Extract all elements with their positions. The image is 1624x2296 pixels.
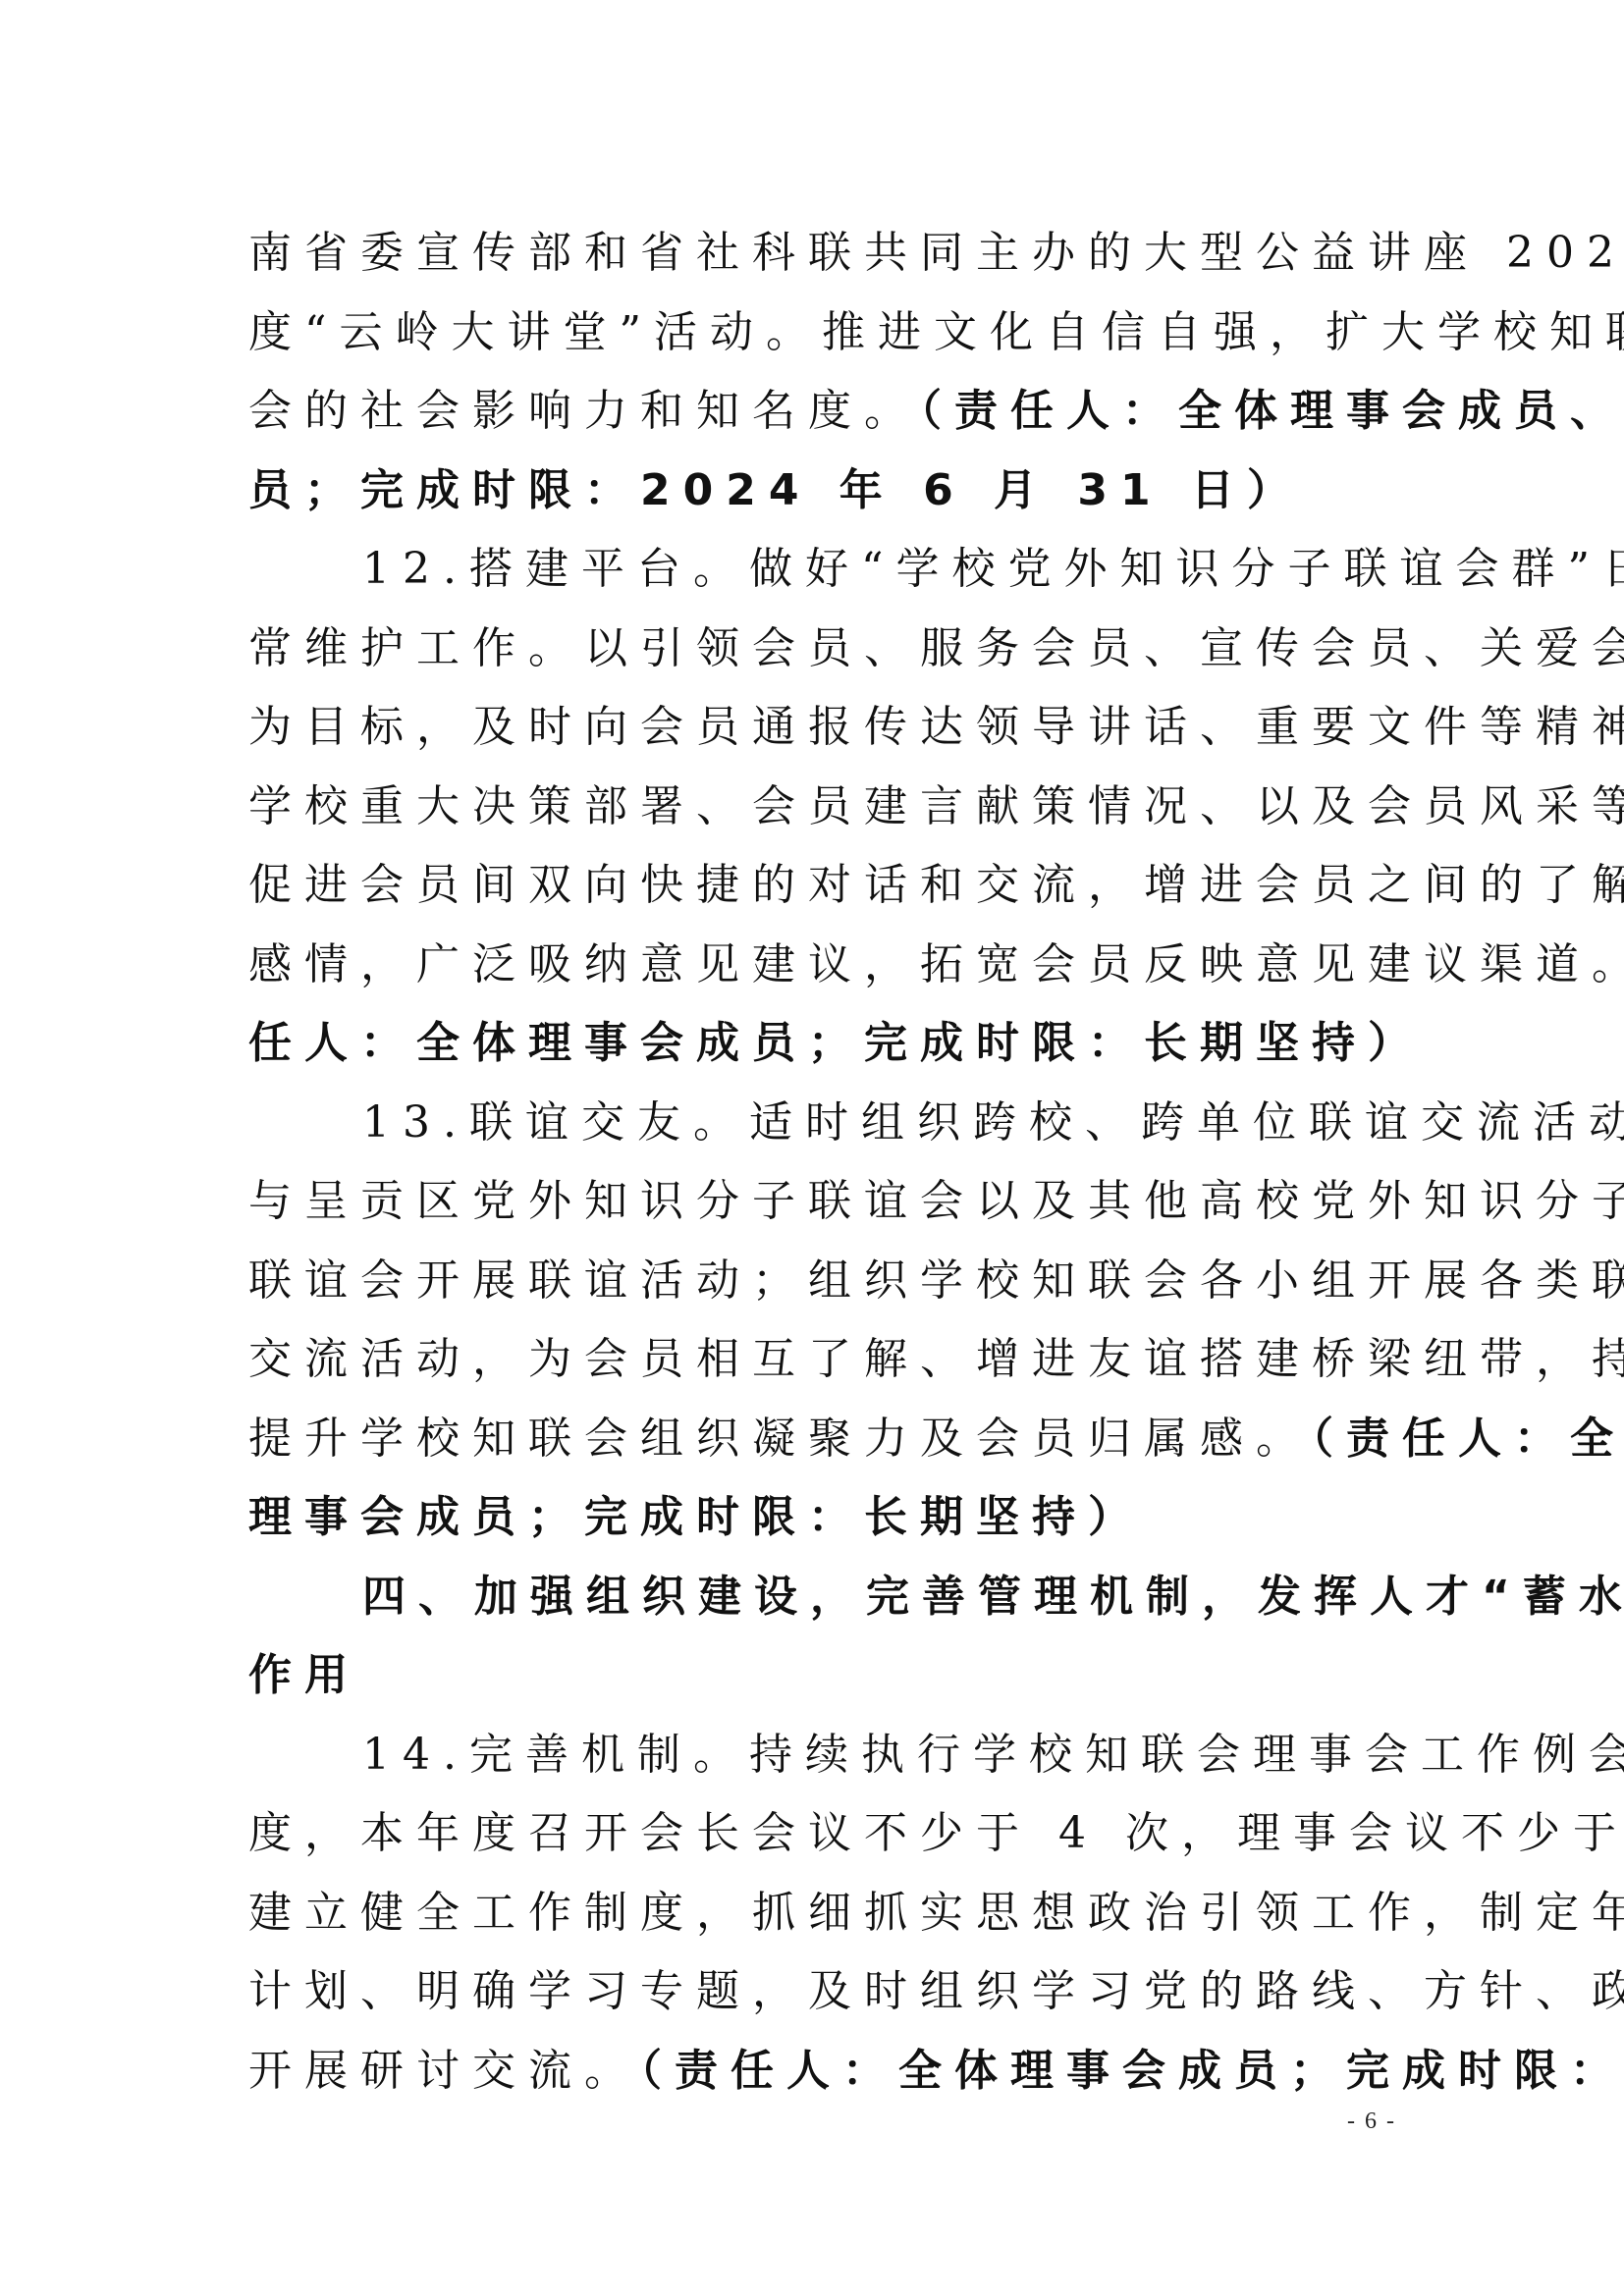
text-line: 促进会员间双向快捷的对话和交流，增进会员之间的了解和 <box>248 846 1387 926</box>
section-heading-line: 作用 <box>248 1636 1387 1716</box>
body-text: 学校重大决策部署、会员建言献策情况、以及会员风采等， <box>248 781 1624 831</box>
responsibility-note: 作用 <box>248 1650 360 1700</box>
body-text: 度，本年度召开会长会议不少于 4 次，理事会议不少于 2 次， <box>248 1808 1624 1858</box>
text-line: 14.完善机制。持续执行学校知联会理事会工作例会制 <box>248 1716 1387 1795</box>
text-line: 常维护工作。以引领会员、服务会员、宣传会员、关爱会员 <box>248 610 1387 689</box>
body-text: 为目标，及时向会员通报传达领导讲话、重要文件等精神、 <box>248 702 1624 752</box>
body-text: 14.完善机制。持续执行学校知联会理事会工作例会制 <box>362 1730 1624 1780</box>
text-line: 提升学校知联会组织凝聚力及会员归属感。（责任人：全体 <box>248 1400 1387 1479</box>
body-text: 联谊会开展联谊活动；组织学校知联会各小组开展各类联谊 <box>248 1255 1624 1306</box>
text-line: 理事会成员；完成时限：长期坚持） <box>248 1478 1387 1558</box>
text-line: 度，本年度召开会长会议不少于 4 次，理事会议不少于 2 次， <box>248 1794 1387 1874</box>
document-body: 南省委宣传部和省社科联共同主办的大型公益讲座 2024 年度“云岭大讲堂”活动。… <box>248 214 1387 2110</box>
text-line: 为目标，及时向会员通报传达领导讲话、重要文件等精神、 <box>248 688 1387 768</box>
body-text: 会的社会影响力和知名度。 <box>248 386 920 436</box>
text-line: 员；完成时限：2024 年 6 月 31 日） <box>248 452 1387 531</box>
body-text: 12.搭建平台。做好“学校党外知识分子联谊会群”日 <box>362 544 1624 594</box>
body-text: 感情，广泛吸纳意见建议，拓宽会员反映意见建议渠道。 <box>248 939 1624 989</box>
responsibility-note: 员；完成时限：2024 年 6 月 31 日） <box>248 465 1303 515</box>
body-text: 与呈贡区党外知识分子联谊会以及其他高校党外知识分子 <box>248 1176 1624 1226</box>
body-text: 交流活动，为会员相互了解、增进友谊搭建桥梁纽带，持续 <box>248 1334 1624 1384</box>
text-line: 南省委宣传部和省社科联共同主办的大型公益讲座 2024 年 <box>248 214 1387 294</box>
text-line: 建立健全工作制度，抓细抓实思想政治引领工作，制定年度 <box>248 1874 1387 1953</box>
text-line: 12.搭建平台。做好“学校党外知识分子联谊会群”日 <box>248 530 1387 610</box>
body-text: 13.联谊交友。适时组织跨校、跨单位联谊交流活动， <box>362 1097 1624 1148</box>
responsibility-note: （责任人：全体理事会成员、会 <box>920 386 1624 436</box>
text-line: 开展研讨交流。（责任人：全体理事会成员；完成时限：长 <box>248 2032 1387 2111</box>
text-line: 与呈贡区党外知识分子联谊会以及其他高校党外知识分子 <box>248 1162 1387 1242</box>
body-text: 建立健全工作制度，抓细抓实思想政治引领工作，制定年度 <box>248 1888 1624 1938</box>
body-text: 度“云岭大讲堂”活动。推进文化自信自强，扩大学校知联 <box>248 307 1624 357</box>
text-line: 交流活动，为会员相互了解、增进友谊搭建桥梁纽带，持续 <box>248 1320 1387 1400</box>
body-text: 促进会员间双向快捷的对话和交流，增进会员之间的了解和 <box>248 860 1624 910</box>
text-line: 度“云岭大讲堂”活动。推进文化自信自强，扩大学校知联 <box>248 294 1387 373</box>
responsibility-note: （责任人：全体理事会成员；完成时限：长 <box>640 2046 1624 2096</box>
responsibility-note: 任人：全体理事会成员；完成时限：长期坚持） <box>248 1018 1424 1068</box>
section-heading-line: 四、加强组织建设，完善管理机制，发挥人才“蓄水池” <box>248 1558 1387 1637</box>
body-text: 常维护工作。以引领会员、服务会员、宣传会员、关爱会员 <box>248 623 1624 673</box>
responsibility-note: 四、加强组织建设，完善管理机制，发挥人才“蓄水池” <box>362 1572 1624 1622</box>
body-text: 提升学校知联会组织凝聚力及会员归属感。 <box>248 1414 1312 1464</box>
text-line: 任人：全体理事会成员；完成时限：长期坚持） <box>248 1004 1387 1084</box>
page-number: - 6 - <box>1347 2109 1396 2135</box>
text-line: 会的社会影响力和知名度。（责任人：全体理事会成员、会 <box>248 372 1387 452</box>
body-text: 计划、明确学习专题，及时组织学习党的路线、方针、政策， <box>248 1966 1624 2016</box>
text-line: 计划、明确学习专题，及时组织学习党的路线、方针、政策， <box>248 1952 1387 2032</box>
body-text: 开展研讨交流。 <box>248 2046 640 2096</box>
responsibility-note: 理事会成员；完成时限：长期坚持） <box>248 1492 1144 1542</box>
body-text: 南省委宣传部和省社科联共同主办的大型公益讲座 2024 年 <box>248 228 1624 278</box>
text-line: 学校重大决策部署、会员建言献策情况、以及会员风采等， <box>248 768 1387 847</box>
responsibility-note: （责任人：全体 <box>1312 1414 1624 1464</box>
text-line: 13.联谊交友。适时组织跨校、跨单位联谊交流活动， <box>248 1084 1387 1163</box>
text-line: 感情，广泛吸纳意见建议，拓宽会员反映意见建议渠道。（责 <box>248 926 1387 1005</box>
text-line: 联谊会开展联谊活动；组织学校知联会各小组开展各类联谊 <box>248 1242 1387 1321</box>
